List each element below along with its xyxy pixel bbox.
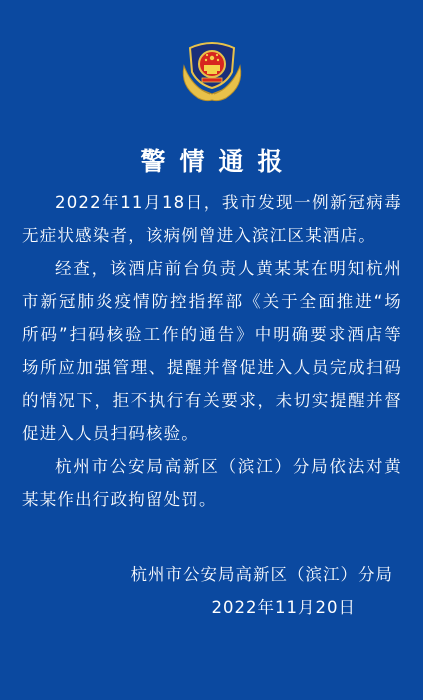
signature-block: 杭州市公安局高新区（滨江）分局 2022年11月20日 <box>131 558 394 624</box>
paragraph-case-report: 2022年11月18日，我市发现一例新冠病毒无症状感染者，该病例曾进入滨江区某酒… <box>22 186 402 252</box>
paragraph-investigation: 经查，该酒店前台负责人黄某某在明知杭州市新冠肺炎疫情防控指挥部《关于全面推进“场… <box>22 252 402 450</box>
signature-organization: 杭州市公安局高新区（滨江）分局 <box>131 558 394 591</box>
police-emblem-icon <box>176 38 248 106</box>
page-title: 警情通报 <box>0 142 423 178</box>
bulletin-body: 2022年11月18日，我市发现一例新冠病毒无症状感染者，该病例曾进入滨江区某酒… <box>22 186 402 516</box>
signature-date: 2022年11月20日 <box>131 591 394 624</box>
paragraph-penalty: 杭州市公安局高新区（滨江）分局依法对黄某某作出行政拘留处罚。 <box>22 450 402 516</box>
